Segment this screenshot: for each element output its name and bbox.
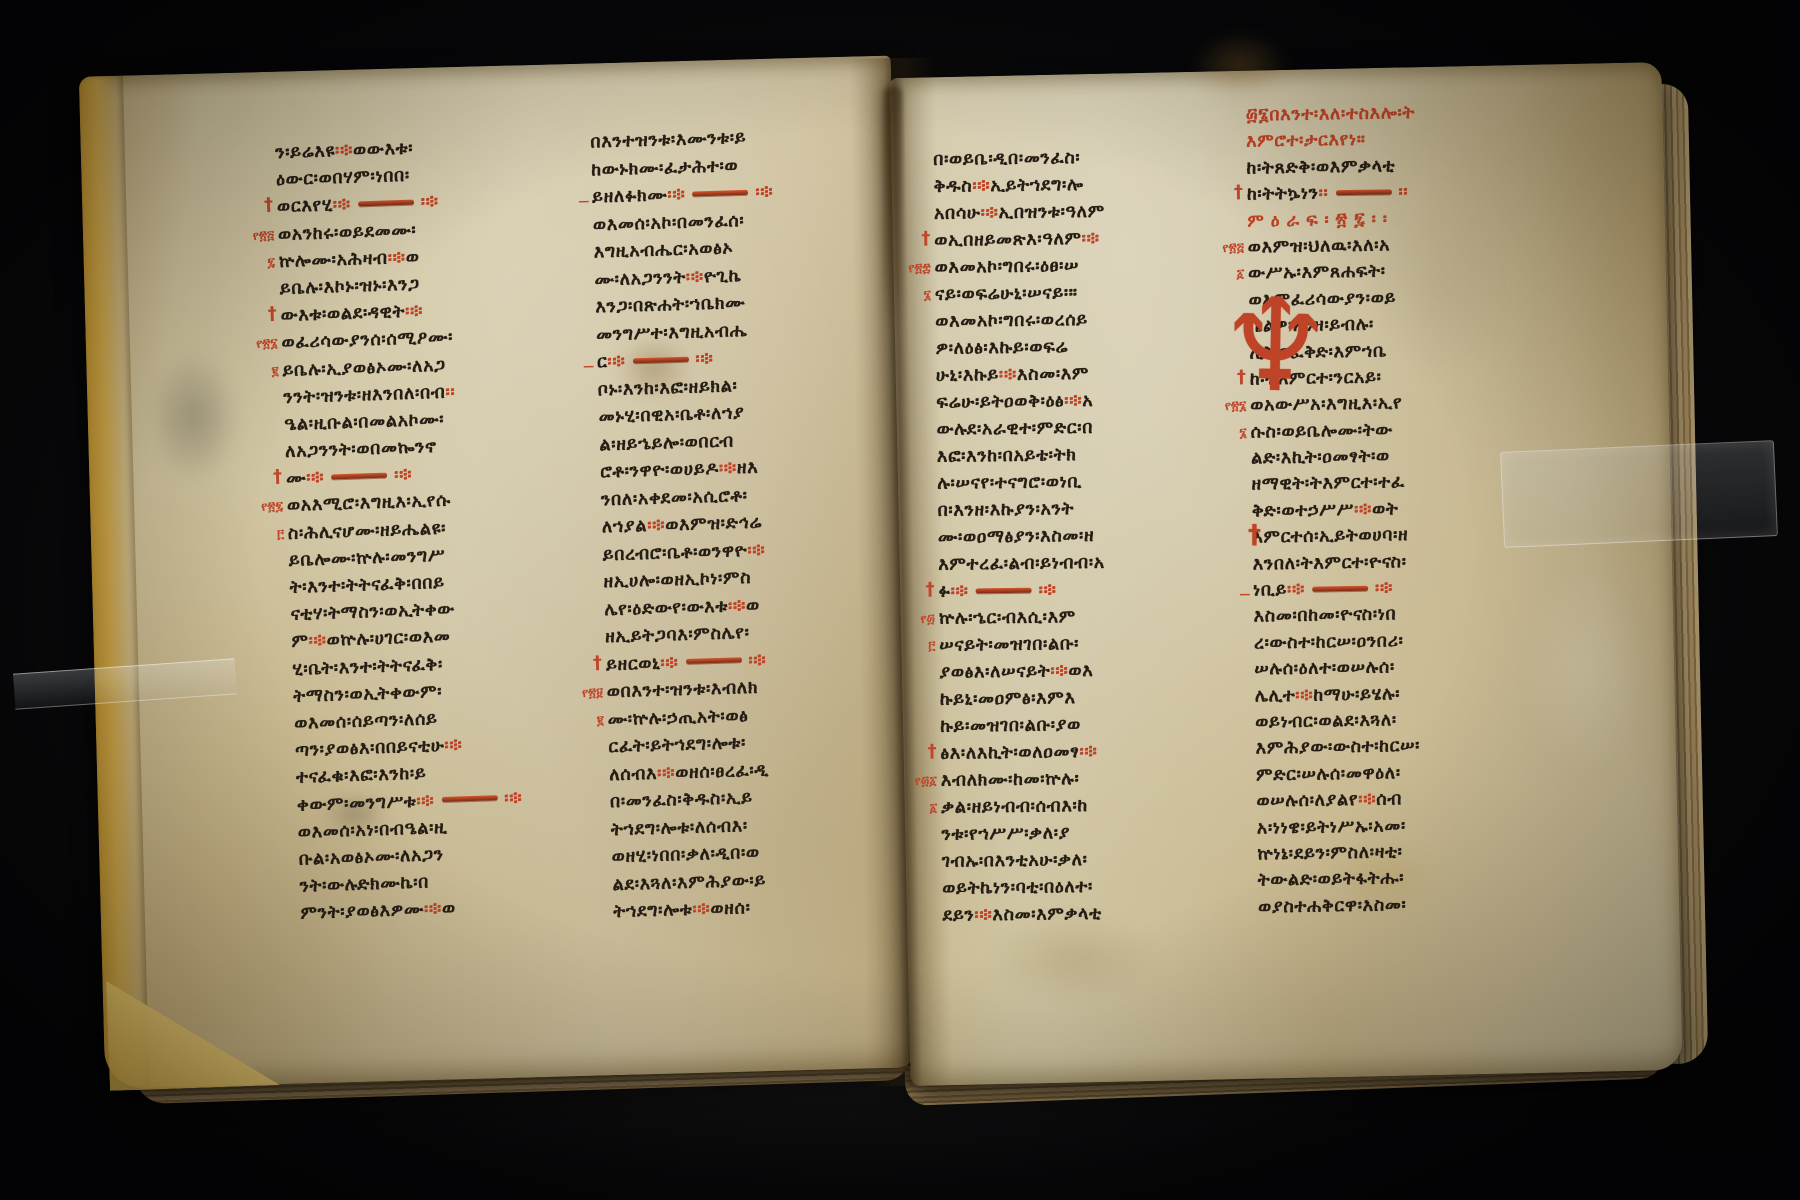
margin-cross-icon: † — [898, 743, 936, 762]
ink-text: ሂ፡ቤት፡እንተ፡ትትናፈቅ፡ — [292, 654, 443, 679]
rubric-text: ፡፨ — [444, 735, 463, 756]
manuscript-text-layer: ን፡ይሬእዩ፡፨ወውእቱ፡ዕውር፡ወበሃም፡ነበበ፡†ወርእየሂ፡፨፡፨የ፳፭ወ… — [0, 0, 1800, 1200]
text-line: †ፅእ፡ለእኪት፡ወለዐመፃ፡፨ — [940, 740, 1235, 771]
ink-text: ኵሎሙ፡አሕዛብ — [279, 248, 389, 272]
rubric-text: እምሮተ፡ታርእየነ። — [1246, 130, 1366, 152]
ink-text: ኩይኒ፡መዐምፅ፡እምእ — [940, 688, 1076, 710]
rubric-divider-bar — [685, 657, 741, 664]
text-line: አበሳሁ፡፨ኢበዝንቱ፡ዓለም — [934, 200, 1229, 231]
margin-cross-icon: † — [235, 197, 274, 217]
text-line: ገብኡ፡በእንቲአሁ፡ቃለ፡ — [942, 848, 1237, 879]
ink-text: ሠሉሰ፡ዕለተ፡ወሠሉሰ፡ — [1254, 658, 1395, 680]
ink-text: ወእምዝ፡ህለዉ፡እለ፡አ — [1248, 235, 1391, 257]
ink-text: ወሠሉሰ፡ለያልየ — [1256, 790, 1358, 812]
ink-text: ወእመአኮ፡ግበሩ፡ወረሰይ — [935, 310, 1088, 332]
ink-text: እምተረፈ፡ልብ፡ይነብብ፡አ — [938, 553, 1105, 575]
margin-section-numeral: የ፳፮ — [239, 336, 277, 350]
rubric-divider-bar — [1335, 189, 1391, 195]
rubric-text: ፡፡ — [1398, 182, 1408, 202]
text-line: ፫ሠናይት፡መዝገበ፡ልቡ፡ — [939, 632, 1234, 663]
rubric-text: ፡፨ — [647, 515, 666, 536]
rubric-text: ፡፨ — [755, 182, 774, 203]
ink-text: ዮጊኬ — [704, 266, 742, 287]
rubric-text: ፡፨ — [306, 468, 325, 489]
ink-text: ወአእሚሮ፡እግዚእ፡ኢየሱ — [287, 491, 452, 516]
ink-text: ን፡ይሬእዩ — [275, 141, 335, 163]
rubric-text: ፡፨ — [394, 465, 413, 486]
ink-text: ቃል፡ዘይነብብ፡ሰብእ፡ከ — [941, 796, 1088, 818]
ink-text: ወእ — [1068, 661, 1093, 681]
rubric-text: ፡፨ — [972, 176, 990, 196]
rubric-text: ፡፨ — [748, 650, 767, 671]
ink-text: ይቤሉ፡ኢያወፅኦሙ፡ለአጋ — [282, 355, 446, 380]
margin-section-numeral: የ፳፭ — [1206, 241, 1244, 255]
rubric-text: ፡፨ — [1295, 685, 1313, 705]
margin-cross-icon: † — [238, 305, 277, 325]
ink-text: ወ — [442, 899, 456, 919]
rubric-divider-bar — [358, 199, 414, 206]
ink-text: ፍሬሁ፡ይትዐወቅ፡ዕፅ — [936, 391, 1064, 413]
ink-text: ወርእየሂ — [277, 196, 333, 218]
margin-dash-mark: — — [555, 361, 593, 374]
rubric-text: ፡፨ — [999, 365, 1017, 385]
rubric-text: ፡፨ — [728, 596, 747, 617]
text-line: በ፡እንዘ፡እኩያን፡አንት — [938, 497, 1233, 528]
margin-dash-mark: — — [1211, 589, 1249, 601]
ink-text: ይቤሎሙ፡ኵሉ፡መንግሥ — [289, 546, 446, 571]
rubric-text: ፡፡ — [445, 382, 456, 402]
ink-text: ከማሁ፡ይሄሉ፡ — [1313, 684, 1400, 705]
rubric-text: ፡፨ — [1082, 229, 1100, 249]
ink-text: ፅእ፡ለእኪት፡ወለዐመፃ — [940, 742, 1079, 764]
ink-text: ወእመሰ፡አነ፡በብዔል፡ዚ — [298, 818, 448, 843]
ink-text: ዘእ — [737, 458, 759, 479]
ink-text: ምድር፡ሠሉሰ፡መዋዕለ፡ — [1256, 763, 1401, 785]
ink-text: ርፈት፡ይትኀደግ፡ሎቱ፡ — [608, 733, 746, 757]
text-line: በ፡ወይቤ፡ዲበ፡መንፈስ፡ — [933, 146, 1228, 177]
ink-text: እምርተሰ፡ኢይትወሀባ፡ዘ — [1252, 525, 1408, 547]
ink-text: በ፡እንዘ፡እኩያን፡አንት — [938, 499, 1075, 521]
ink-text: ኢበዝንቱ፡ዓለም — [999, 202, 1105, 223]
manuscript-column-right-1: በ፡ወይቤ፡ዲበ፡መንፈስ፡ቅዱስ፡፨ኢይትኀደግ፡ሎአበሳሁ፡፨ኢበዝንቱ፡ዓ… — [933, 146, 1238, 933]
margin-section-numeral: የ፳፱ — [565, 685, 603, 699]
margin-section-numeral: የ፳፯ — [245, 500, 283, 514]
ink-text: ወእመሰ፡ሰይጣን፡ለሰይ — [294, 709, 438, 734]
ink-text: ወእምዝ፡ድኅሬ — [665, 513, 762, 536]
rubric-text: ፴፮በእንተ፡እለ፡ተስእሎ፡ት — [1246, 103, 1416, 126]
rubric-divider-bar — [632, 356, 688, 363]
ink-text: ይበረብሮ፡ቤቶ፡ወንዋዮ — [602, 541, 747, 565]
ink-text: በ፡መንፈስ፡ቅዱስ፡ኢይ — [610, 788, 753, 812]
ink-text: ቡል፡አወፅኦሙ፡ለአጋን — [298, 845, 444, 870]
rubric-divider-bar — [441, 795, 497, 802]
ink-text: ሙ፡ወዐማፅያን፡እስመ፡ዘ — [938, 526, 1095, 548]
ink-text: ያወፅእ፡ለሠናይት — [939, 661, 1050, 682]
rubric-divider-bar — [976, 587, 1032, 593]
text-line: ፍሬሁ፡ይትዐወቅ፡ዕፅ፡፨አ — [936, 389, 1231, 420]
margin-section-numeral: ፮ — [1209, 425, 1247, 439]
rubric-text: ፡፨ — [747, 540, 766, 561]
rubric-text: ፡፨ — [981, 203, 999, 223]
ink-text: እፎ፡እንከ፡በአይቴ፡ትክ — [937, 445, 1077, 467]
ink-text: ውሉደ፡አራዊተ፡ምድር፡በ — [937, 418, 1094, 440]
ink-text: ከ፡ትትኴነን — [1247, 184, 1319, 205]
ink-text: ወዘሂ፡ነበበ፡ቃለ፡ዲበ፡ወ — [611, 843, 760, 867]
rubric-text: ፡፨ — [1354, 500, 1372, 520]
text-line: ዎ፡ለዕፅ፡እኩይ፡ወፍሬ — [936, 335, 1231, 366]
manuscript-column-left-2: በእንተዝንቱ፡እሙንቱ፡ይከውኑክሙ፡ፈታሕተ፡ወ—ይዘለፉክሙ፡፨፡፨ወእመ… — [590, 124, 906, 930]
rubric-divider-bar — [1312, 585, 1368, 591]
ink-text: ዎ፡ለዕፅ፡እኩይ፡ወፍሬ — [936, 337, 1069, 359]
ink-text: ወእመሰ፡አኮ፡በመንፈሰ፡ — [593, 210, 745, 234]
margin-section-numeral: ፫ — [897, 639, 935, 653]
ink-text: በ፡ወይቤ፡ዲበ፡መንፈስ፡ — [933, 148, 1080, 170]
ink-text: እምሕያው፡ውስተ፡ከርሠ፡ — [1256, 736, 1421, 759]
plexiglass-strip-right — [1500, 440, 1778, 548]
ink-text: እንጋ፡በጽሐት፡ኀቤክሙ — [595, 293, 746, 317]
rubric-text: ፡፨ — [1358, 790, 1376, 810]
ink-text: ወያስተሐቅርዋ፡እስመ፡ — [1258, 895, 1407, 917]
ink-text: ሮቶ፡ንዋዮ፡ወሀይዶ — [600, 459, 719, 483]
margin-cross-icon: † — [564, 654, 603, 674]
text-line: የ፳፰ወእመአኮ፡ግበሩ፡ዕፀ፡ሠ — [935, 254, 1230, 285]
ink-text: ነቢይ — [1253, 580, 1287, 601]
ink-text: ናቲሃ፡ትማስን፡ወኢትቀው — [290, 600, 455, 625]
margin-section-numeral: የ፳፰ — [893, 261, 931, 275]
ink-text: ንት፡ውሉድክሙኬ፡በ — [299, 873, 429, 897]
margin-cross-icon: † — [896, 581, 934, 600]
margin-section-numeral: ፩ — [899, 801, 937, 815]
text-line: ወያስተሐቅርዋ፡እስመ፡ — [1258, 892, 1583, 923]
ink-text: ሁኒ፡እኩይ — [936, 365, 999, 386]
rubric-text: ፡፨ — [951, 581, 969, 601]
red-cross-mark: † — [1248, 520, 1261, 550]
margin-cross-icon: † — [1205, 184, 1243, 203]
ink-text: ይዘለፉክሙ — [592, 185, 668, 207]
rubric-text: ፡፨ — [1039, 580, 1057, 600]
red-trident-mark: ♆ — [1217, 271, 1334, 422]
rubric-divider-bar — [331, 472, 387, 479]
rubric-text: ፡፨ — [335, 141, 354, 162]
text-line: †ወኢበዘይመጽእ፡ዓለም፡፨ — [934, 227, 1229, 258]
rubric-text: ፡፨ — [504, 788, 523, 809]
rubric-text: ፡፨ — [686, 267, 705, 288]
ink-text: አበሳሁ — [934, 203, 981, 224]
ink-text: እስመ፡እምቃላቲ — [992, 904, 1102, 925]
ink-text: ቅድ፡ወተኃሥሥ — [1252, 500, 1354, 522]
text-line: እምተረፈ፡ልብ፡ይነብብ፡አ — [938, 551, 1233, 582]
ink-text: ትውልድ፡ወይትፋትሑ፡ — [1258, 869, 1405, 891]
text-line: የ፴፩እብለክሙ፡ከመ፡ኵሉ፡ — [941, 767, 1236, 798]
rubric-text: ፡፨ — [974, 905, 992, 925]
ink-text: ወ — [746, 595, 760, 615]
ink-text: ት፡እንተ፡ትትናፈቅ፡በበይ — [289, 573, 445, 598]
ink-text: ናይ፡ወፍሬሁኒ፡ሠናይ፡። — [935, 283, 1078, 305]
rubric-text: ፡፨ — [387, 248, 406, 269]
rubric-text: ፡፨ — [692, 899, 711, 920]
rubric-text: ፡፨ — [607, 352, 626, 373]
ink-text: ይቤሉ፡እኮኑ፡ዝኑ፡እንጋ — [280, 274, 421, 299]
ink-text: አ — [1082, 391, 1093, 411]
margin-section-numeral: ፮ — [893, 288, 931, 302]
text-line: ወይትኬነን፡ባቲ፡በዕለተ፡ — [942, 875, 1237, 906]
ink-text: ትኀደግ፡ሎቱ — [613, 900, 693, 922]
ink-text: ወዘሰ፡ፀረፈ፡ዲ — [675, 760, 769, 783]
ink-text: በእንተዝንቱ፡እሙንቱ፡ይ — [590, 128, 746, 153]
ink-text: ከ፡ትጸድቅ፡ወእምቃላቲ — [1246, 156, 1395, 178]
rubric-text: ፡፨ — [421, 192, 440, 213]
ink-text: ስ፡ሕሊናሆሙ፡ዘይሔልዩ፡ — [288, 518, 447, 543]
ink-text: ልድ፡እኪት፡ዐመፃት፡ወ — [1251, 446, 1390, 468]
text-line: ወእመአኮ፡ግበሩ፡ወረሰይ — [935, 308, 1230, 339]
margin-cross-icon: † — [244, 468, 283, 488]
ink-text: ዕውር፡ወበሃም፡ነበበ፡ — [276, 166, 410, 190]
ink-text: ምንት፡ያወፅእዎሙ — [300, 900, 424, 924]
rubric-text: ፡፡ — [1319, 183, 1329, 203]
ink-text: እንበለ፡ትእምርተ፡ዮናስ፡ — [1253, 552, 1407, 574]
ink-text: ሌሊተ — [1255, 685, 1296, 706]
margin-section-numeral: ፫ — [246, 527, 284, 541]
margin-section-numeral: ፪ — [240, 364, 278, 378]
text-line: ንቱ፡የኀሥሥ፡ቃለ፡ያ — [941, 821, 1236, 852]
margin-section-numeral: የ፴ — [897, 612, 935, 626]
rubric-text: ፡፨ — [308, 631, 327, 652]
ink-text: ንቱ፡የኀሥሥ፡ቃለ፡ያ — [941, 823, 1070, 845]
ink-text: ይዘርወኒ — [606, 653, 661, 675]
rubric-text: ፡፨ — [405, 301, 424, 322]
margin-section-numeral: ፯ — [237, 255, 275, 269]
ink-text: ል፡ዘይኄይሎ፡ወበርብ — [599, 431, 734, 455]
ink-text: ወፈሪሳውያንሰ፡ሰሚዖሙ፡ — [281, 328, 453, 354]
margin-section-numeral: የ፴፩ — [899, 774, 937, 788]
text-line: እፎ፡እንከ፡በአይቴ፡ትክ — [937, 443, 1232, 474]
ink-text: ሠናይት፡መዝገበ፡ልቡ፡ — [939, 634, 1079, 656]
ink-text: ትማስን፡ወኢትቀውም፡ — [293, 682, 443, 707]
ink-text: ኵነኔ፡ደይን፡ምስለ፡ዛቲ፡ — [1257, 842, 1403, 864]
ink-text: ወይትኬነን፡ባቲ፡በዕለተ፡ — [942, 877, 1093, 899]
margin-cross-icon: † — [892, 230, 930, 249]
margin-section-numeral: ፪ — [565, 713, 603, 727]
ink-text: ወውእቱ፡ — [353, 139, 414, 161]
text-line: ያወፅእ፡ለሠናይት፡፨ወእ — [939, 659, 1234, 690]
ink-text: ለአጋንንት፡ወበመኰንኖ — [285, 437, 437, 462]
ink-text: ዘኢሀሎ፡ወዘኢኮነ፡ምስ — [603, 568, 751, 592]
text-line: ፩ቃል፡ዘይነብብ፡ሰብእ፡ከ — [941, 794, 1236, 825]
ink-text: ሰብ — [1376, 789, 1402, 809]
ink-text: ደይን — [942, 905, 974, 925]
ink-text: ወእመአኮ፡ግበሩ፡ዕፀ፡ሠ — [935, 256, 1080, 278]
rubric-text: ፡፨ — [1375, 578, 1393, 598]
rubric-text: ፡፨ — [1079, 742, 1097, 762]
ink-text: ም — [291, 632, 309, 653]
ink-text: ወኢበዘይመጽእ፡ዓለም — [934, 229, 1082, 251]
ink-text: ከውኑክሙ፡ፈታሕተ፡ወ — [591, 156, 739, 180]
rubric-divider-bar — [692, 189, 748, 196]
ink-text: ዘማዊት፡ትእምርተ፡ተፈ — [1251, 473, 1405, 495]
ink-text: ረ፡ውስተ፡ከርሠ፡ዐንበሪ፡ — [1254, 631, 1404, 653]
ink-text: ለሰብእ — [609, 763, 658, 784]
rubric-text: ፡፨ — [424, 899, 443, 920]
ink-text: ሱስ፡ወይቤሎሙ፡ትው — [1251, 420, 1393, 442]
ink-text: ወት — [1372, 499, 1399, 519]
text-line: ፮ናይ፡ወፍሬሁኒ፡ሠናይ፡። — [935, 281, 1230, 312]
text-line: ደይን፡፨እስመ፡እምቃላቲ — [942, 902, 1237, 933]
ink-text: ወ — [406, 247, 420, 267]
rubric-text: ፡፨ — [1064, 391, 1082, 411]
ink-text: መኑሂ፡በዊአ፡ቤቶ፡ለኀያ — [598, 403, 744, 427]
text-line: ቅዱስ፡፨ኢይትኀደግ፡ሎ — [934, 173, 1229, 204]
ink-text: ንንት፡ዝንቱ፡ዘእንበለ፡በብ — [283, 382, 446, 407]
rubric-text: ፡፨ — [695, 349, 714, 370]
text-line: ሁኒ፡እኩይ፡፨እስመ፡እም — [936, 362, 1231, 393]
margin-section-numeral: የ፳፭ — [236, 228, 274, 242]
ink-text: ጣን፡ያወፅእ፡በበይናቲሁ — [295, 736, 445, 761]
ink-text: ሙ — [286, 469, 307, 490]
ink-text: እስመ፡በከመ፡ዮናስ፡ነበ — [1253, 605, 1396, 627]
ink-text: ውእቱ፡ወልደ፡ዳዊት — [280, 302, 405, 326]
ink-text: መንግሥተ፡እግዚአብሔ — [596, 320, 748, 344]
ink-text: ትኀደግ፡ሎቱ፡ለሰብእ፡ — [611, 816, 749, 840]
ink-text: ለኀያል — [602, 516, 648, 537]
rubric-text: ፡፨ — [1287, 580, 1305, 600]
ink-text: ወኵሉ፡ሀገር፡ወእመ — [326, 627, 450, 651]
ink-text: ልደ፡እጓለ፡እምሕያው፡ይ — [612, 870, 766, 895]
ink-text: ወአንከሩ፡ወይደመሙ፡ — [278, 220, 417, 245]
text-line: ኩይኒ፡መዐምፅ፡እምእ — [940, 686, 1235, 717]
ink-text: ኵሉ፡ኄር፡ብእሲ፡እም — [939, 607, 1076, 629]
ink-text: ሉ፡ሠናየ፡ተናግሮ፡ወነቢ — [937, 472, 1082, 494]
ink-text: ዘኢይትጋባእ፡ምስሌየ፡ — [605, 623, 750, 647]
ink-text: ወዘሰ፡ — [710, 898, 751, 919]
text-line: ሙ፡ወዐማፅያን፡እስመ፡ዘ — [938, 524, 1233, 555]
ink-text: እብለክሙ፡ከመ፡ኵሉ፡ — [941, 769, 1080, 791]
text-line: ኩይ፡መዝገበ፡ልቡ፡ያወ — [940, 713, 1235, 744]
ink-text: አ፡ነነዌ፡ይትነሥኡ፡አመ፡ — [1257, 816, 1406, 838]
ink-text: ዔል፡ዚቡል፡በመልአኮሙ፡ — [284, 410, 445, 435]
ink-text: ወበእንተ፡ዝንቱ፡እብለክ — [607, 678, 759, 702]
ink-text: ወይነብር፡ወልደ፡እጓለ፡ — [1255, 710, 1397, 732]
ink-text: ገብኡ፡በእንቲአሁ፡ቃለ፡ — [942, 850, 1088, 872]
manuscript-column-left-1: ን፡ይሬእዩ፡፨ወውእቱ፡ዕውር፡ወበሃም፡ነበበ፡†ወርእየሂ፡፨፡፨የ፳፭ወ… — [275, 133, 599, 931]
rubric-text: ፡፨ — [1050, 661, 1068, 681]
text-line: ውሉደ፡አራዊተ፡ምድር፡በ — [937, 416, 1232, 447]
ink-text: ቅዱስ — [934, 176, 973, 196]
text-line: ሉ፡ሠናየ፡ተናግሮ፡ወነቢ — [937, 470, 1232, 501]
rubric-text: ፡፨ — [657, 763, 676, 784]
ink-text: ሙ፡ኵሉ፡ኃጢአት፡ወፅ — [607, 706, 748, 730]
rubric-text: ፡፨ — [719, 458, 738, 479]
ink-text: ቦኑ፡እንከ፡እፎ፡ዘይክል፡ — [598, 376, 738, 400]
ink-text: ተናፈቁ፡እፎ፡እንከ፡ይ — [296, 764, 427, 788]
ink-text: ኩይ፡መዝገበ፡ልቡ፡ያወ — [940, 715, 1081, 737]
margin-dash-mark: — — [550, 196, 588, 209]
rubric-text: ፡፨ — [660, 653, 679, 674]
rubric-text: ፡፨ — [333, 195, 352, 216]
ink-text: ንበለ፡አቀደመ፡አሲሮቶ፡ — [601, 485, 748, 509]
rubric-text: ምዕራፍ፡፳፯፡፡ — [1247, 209, 1394, 231]
ink-text: ቀውም፡መንግሥቱ — [297, 791, 417, 815]
photo-canvas: ን፡ይሬእዩ፡፨ወውእቱ፡ዕውር፡ወበሃም፡ነበበ፡†ወርእየሂ፡፨፡፨የ፳፭ወ… — [0, 0, 1800, 1200]
ink-text: ፉ — [939, 582, 951, 602]
text-line: የ፴ኵሉ፡ኄር፡ብእሲ፡እም — [939, 605, 1234, 636]
ink-text: ኢይትኀደግ፡ሎ — [990, 175, 1084, 196]
rubric-text: ፡፨ — [416, 791, 435, 812]
ink-text: ሙ፡ለአጋንንት — [594, 267, 686, 290]
rubric-text: ፡፨ — [667, 185, 686, 206]
ink-text: እስመ፡እም — [1017, 364, 1089, 385]
text-line: †ፉ፡፨፡፨ — [939, 578, 1234, 609]
ink-text: እግዚአብሔር፡አወፅኦ — [593, 238, 733, 262]
ink-text: ሌየ፡ዕድውየ፡ውእቱ — [604, 596, 728, 620]
